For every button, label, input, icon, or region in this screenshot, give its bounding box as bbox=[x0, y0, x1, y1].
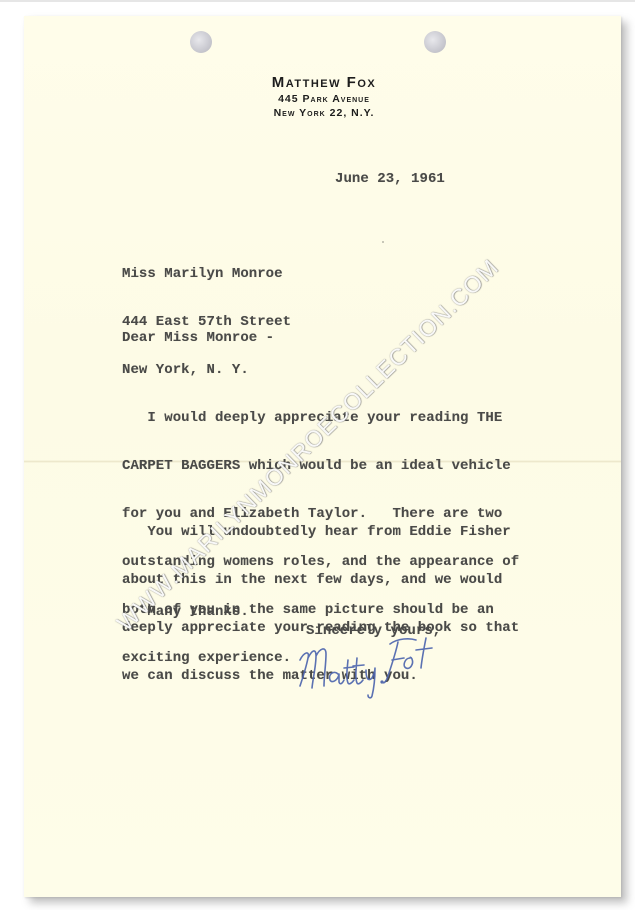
salutation: Dear Miss Monroe - bbox=[122, 330, 274, 346]
punch-hole-icon bbox=[424, 31, 446, 53]
letter-paper: Matthew Fox 445 Park Avenue New York 22,… bbox=[24, 16, 621, 897]
letter-date: June 23, 1961 bbox=[335, 171, 445, 187]
recipient-street: 444 East 57th Street bbox=[122, 314, 291, 330]
ink-speck bbox=[382, 241, 384, 243]
letterhead-address-line1: 445 Park Avenue bbox=[234, 93, 414, 105]
letterhead-address-line2: New York 22, N.Y. bbox=[234, 107, 414, 119]
top-border bbox=[0, 0, 635, 2]
recipient-name: Miss Marilyn Monroe bbox=[122, 266, 291, 282]
signature-icon bbox=[294, 630, 444, 700]
body-line: CARPET BAGGERS which would be an ideal v… bbox=[122, 458, 519, 474]
body-line: You will undoubtedly hear from Eddie Fis… bbox=[122, 524, 519, 540]
letterhead-name: Matthew Fox bbox=[234, 74, 414, 91]
punch-hole-icon bbox=[190, 31, 212, 53]
recipient-city: New York, N. Y. bbox=[122, 362, 291, 378]
